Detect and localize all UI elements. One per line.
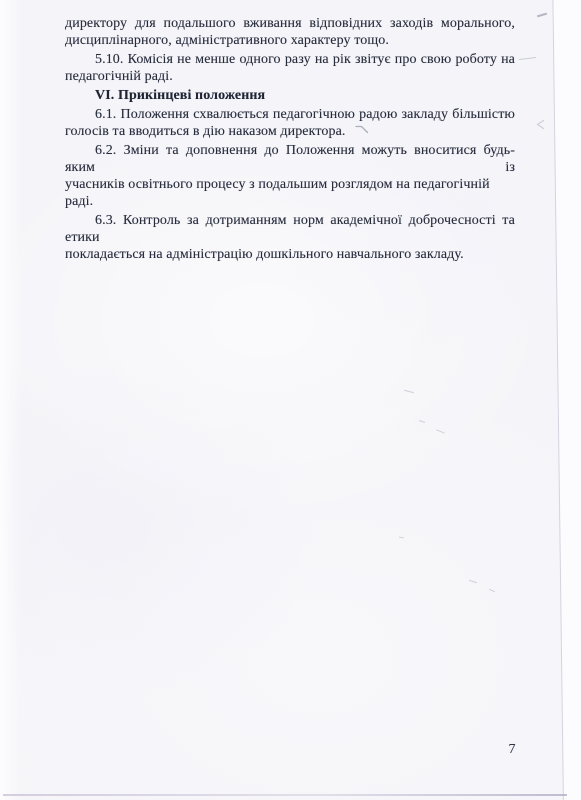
scan-left-edge [0, 0, 22, 800]
paragraph-6-1: 6.1. Положення схвалюється педагогічною … [65, 106, 515, 140]
text-line: голосів та вводиться в дію наказом дирек… [65, 123, 515, 140]
scan-speck [404, 390, 414, 393]
scan-artifact-dash [537, 13, 547, 18]
text-line: директору для подальшого вживання відпов… [65, 15, 515, 32]
text-line: дисциплінарного, адміністративного харак… [65, 32, 515, 49]
page-number: 7 [500, 741, 524, 758]
text-line: 5.10. Комісія не менше одного разу на рі… [65, 51, 515, 68]
scan-right-edge [552, 0, 581, 800]
scan-artifact-dash [519, 57, 536, 60]
paragraph-6-2: 6.2. Зміни та доповнення до Положення мо… [65, 142, 515, 210]
scan-speck [489, 589, 495, 592]
document-body: директору для подальшого вживання відпов… [65, 15, 515, 263]
section-heading: VI. Прикінцеві положення [65, 87, 515, 104]
text-line: 6.2. Зміни та доповнення до Положення мо… [65, 142, 515, 176]
scanned-document-page: { "document": { "paragraphs": [ { "lines… [0, 0, 581, 800]
scan-speck [469, 580, 477, 583]
scan-bottom-edge [3, 794, 567, 796]
paragraph-5-10: 5.10. Комісія не менше одного разу на рі… [65, 51, 515, 85]
paragraph-6-3: 6.3. Контроль за дотриманням норм академ… [65, 212, 515, 263]
text-line: педагогічній раді. [65, 68, 515, 85]
scan-speck [419, 420, 425, 423]
text-line: 6.3. Контроль за дотриманням норм академ… [65, 212, 515, 246]
scan-speck [399, 537, 404, 539]
paragraph-continuation: директору для подальшого вживання відпов… [65, 15, 515, 49]
text-line: покладається на адміністрацію дошкільног… [65, 246, 515, 263]
margin-chevron-mark [535, 119, 546, 130]
scan-speck [436, 429, 445, 433]
text-line: 6.1. Положення схвалюється педагогічною … [65, 106, 515, 123]
text-line: учасників освітнього процесу з подальшим… [65, 176, 515, 210]
